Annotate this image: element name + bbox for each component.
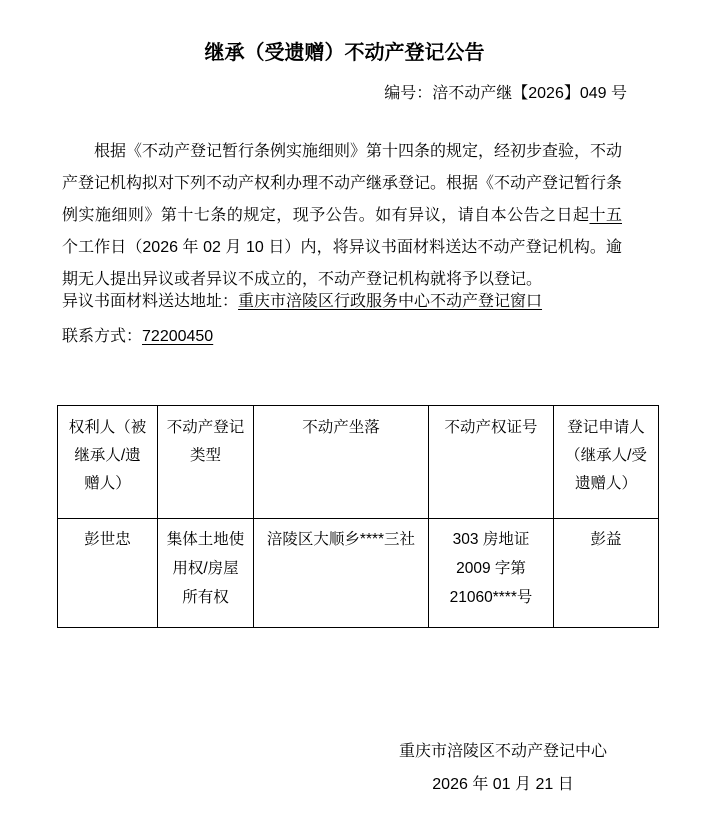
- header-certificate-number: 不动产权证号: [429, 406, 554, 519]
- header-registration-type: 不动产登记类型: [158, 406, 254, 519]
- signature-org: 重庆市涪陵区不动产登记中心: [353, 735, 653, 768]
- address-value: 重庆市涪陵区行政服务中心不动产登记窗口: [238, 293, 542, 310]
- signature-block: 重庆市涪陵区不动产登记中心 2026 年 01 月 21 日: [353, 735, 653, 801]
- cell-applicant: 彭益: [554, 519, 659, 628]
- cell-right-holder: 彭世忠: [58, 519, 158, 628]
- cell-property-location: 涪陵区大顺乡****三社: [254, 519, 429, 628]
- address-label: 异议书面材料送达地址：: [62, 293, 238, 310]
- header-right-holder: 权利人（被继承人/遗赠人）: [58, 406, 158, 519]
- contact-line: 联系方式：72200450: [62, 321, 662, 353]
- contact-label: 联系方式：: [62, 328, 142, 345]
- body-text-after: 个工作日（2026 年 02 月 10 日）内，将异议书面材料送达不动产登记机构…: [62, 239, 622, 288]
- address-line: 异议书面材料送达地址：重庆市涪陵区行政服务中心不动产登记窗口: [62, 286, 662, 318]
- contact-value: 72200450: [142, 328, 213, 345]
- signature-date: 2026 年 01 月 21 日: [353, 768, 653, 801]
- table-header-row: 权利人（被继承人/遗赠人） 不动产登记类型 不动产坐落 不动产权证号 登记申请人…: [58, 406, 659, 519]
- announcement-page: 继承（受遗赠）不动产登记公告 编号：涪不动产继【2026】049 号 根据《不动…: [0, 0, 715, 824]
- header-property-location: 不动产坐落: [254, 406, 429, 519]
- cell-certificate-number: 303 房地证 2009 字第 21060****号: [429, 519, 554, 628]
- table-row: 彭世忠 集体土地使用权/房屋所有权 涪陵区大顺乡****三社 303 房地证 2…: [58, 519, 659, 628]
- body-paragraph: 根据《不动产登记暂行条例实施细则》第十四条的规定，经初步查验，不动产登记机构拟对…: [62, 136, 622, 296]
- doc-number: 编号：涪不动产继【2026】049 号: [62, 83, 627, 105]
- cell-registration-type: 集体土地使用权/房屋所有权: [158, 519, 254, 628]
- header-applicant: 登记申请人（继承人/受遗赠人）: [554, 406, 659, 519]
- body-text-before: 根据《不动产登记暂行条例实施细则》第十四条的规定，经初步查验，不动产登记机构拟对…: [62, 143, 622, 224]
- deadline-underlined: 十五: [590, 207, 623, 224]
- registration-table: 权利人（被继承人/遗赠人） 不动产登记类型 不动产坐落 不动产权证号 登记申请人…: [57, 405, 659, 628]
- page-title: 继承（受遗赠）不动产登记公告: [62, 39, 627, 67]
